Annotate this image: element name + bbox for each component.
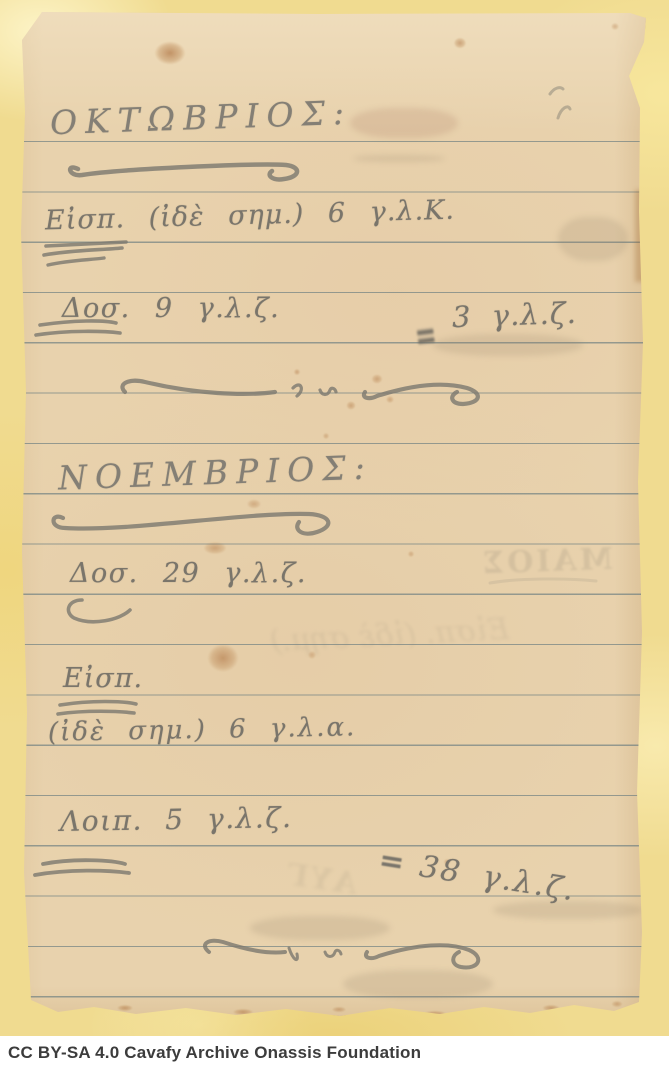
foxing-stain <box>200 540 230 556</box>
flourish-under-november <box>47 506 342 538</box>
foxing-stain <box>610 1000 624 1008</box>
foxing-stain <box>452 36 468 50</box>
manuscript-paper: ΜΑΙΟΣ Εἰσπ. (ἰδὲ σημ.) ΑΥΓ ΟΚΤΩΒΡΙΟΣ: <box>18 12 646 1016</box>
november-receipts-label: Εἰσπ. <box>63 663 143 694</box>
stray-pencil-marks <box>544 82 578 126</box>
foxing-stain <box>610 22 620 31</box>
bleedthrough-may-underline <box>488 576 600 586</box>
equals-mark-november: = <box>376 843 406 882</box>
bleedthrough-line-top <box>353 155 445 162</box>
double-underline-payments-oct <box>34 318 122 342</box>
october-balance-value: 3 γ.λ.ζ. <box>451 296 577 334</box>
foxing-stain <box>407 550 415 558</box>
bleedthrough-smudge-right <box>558 217 628 261</box>
november-payments-line: Δοσ. 29 γ.λ.ζ. <box>70 558 307 589</box>
curved-underline-payments-nov <box>62 596 134 626</box>
license-caption-bar: CC BY-SA 4.0 Cavafy Archive Onassis Foun… <box>0 1036 669 1069</box>
bleedthrough-strokes-bottom <box>343 970 493 998</box>
foxing-stain <box>203 640 243 676</box>
foxing-stain <box>330 1006 348 1013</box>
november-remainder-line: Λοιπ. 5 γ.λ.ζ. <box>60 801 293 838</box>
license-caption-text: CC BY-SA 4.0 Cavafy Archive Onassis Foun… <box>8 1043 421 1063</box>
foxing-stain <box>307 650 317 660</box>
foxing-stain <box>115 1004 135 1012</box>
october-header: ΟΚΤΩΒΡΙΟΣ: <box>49 93 352 143</box>
foxing-stain <box>150 38 190 68</box>
november-receipts-note: (ἰδὲ σημ.) 6 γ.λ.α. <box>48 712 357 747</box>
scribble-divider-bottom <box>197 934 492 974</box>
bleedthrough-smudge-mid <box>433 334 583 356</box>
triple-underline-receipts <box>42 240 130 268</box>
bleedthrough-smudge-top <box>350 108 458 138</box>
scribble-divider-october <box>115 366 485 411</box>
foxing-stain <box>322 432 330 440</box>
manuscript-scan-page: ΜΑΙΟΣ Εἰσπ. (ἰδὲ σημ.) ΑΥΓ ΟΚΤΩΒΡΙΟΣ: <box>0 0 669 1069</box>
flourish-under-october <box>58 155 308 185</box>
double-underline-remainder <box>33 857 133 883</box>
